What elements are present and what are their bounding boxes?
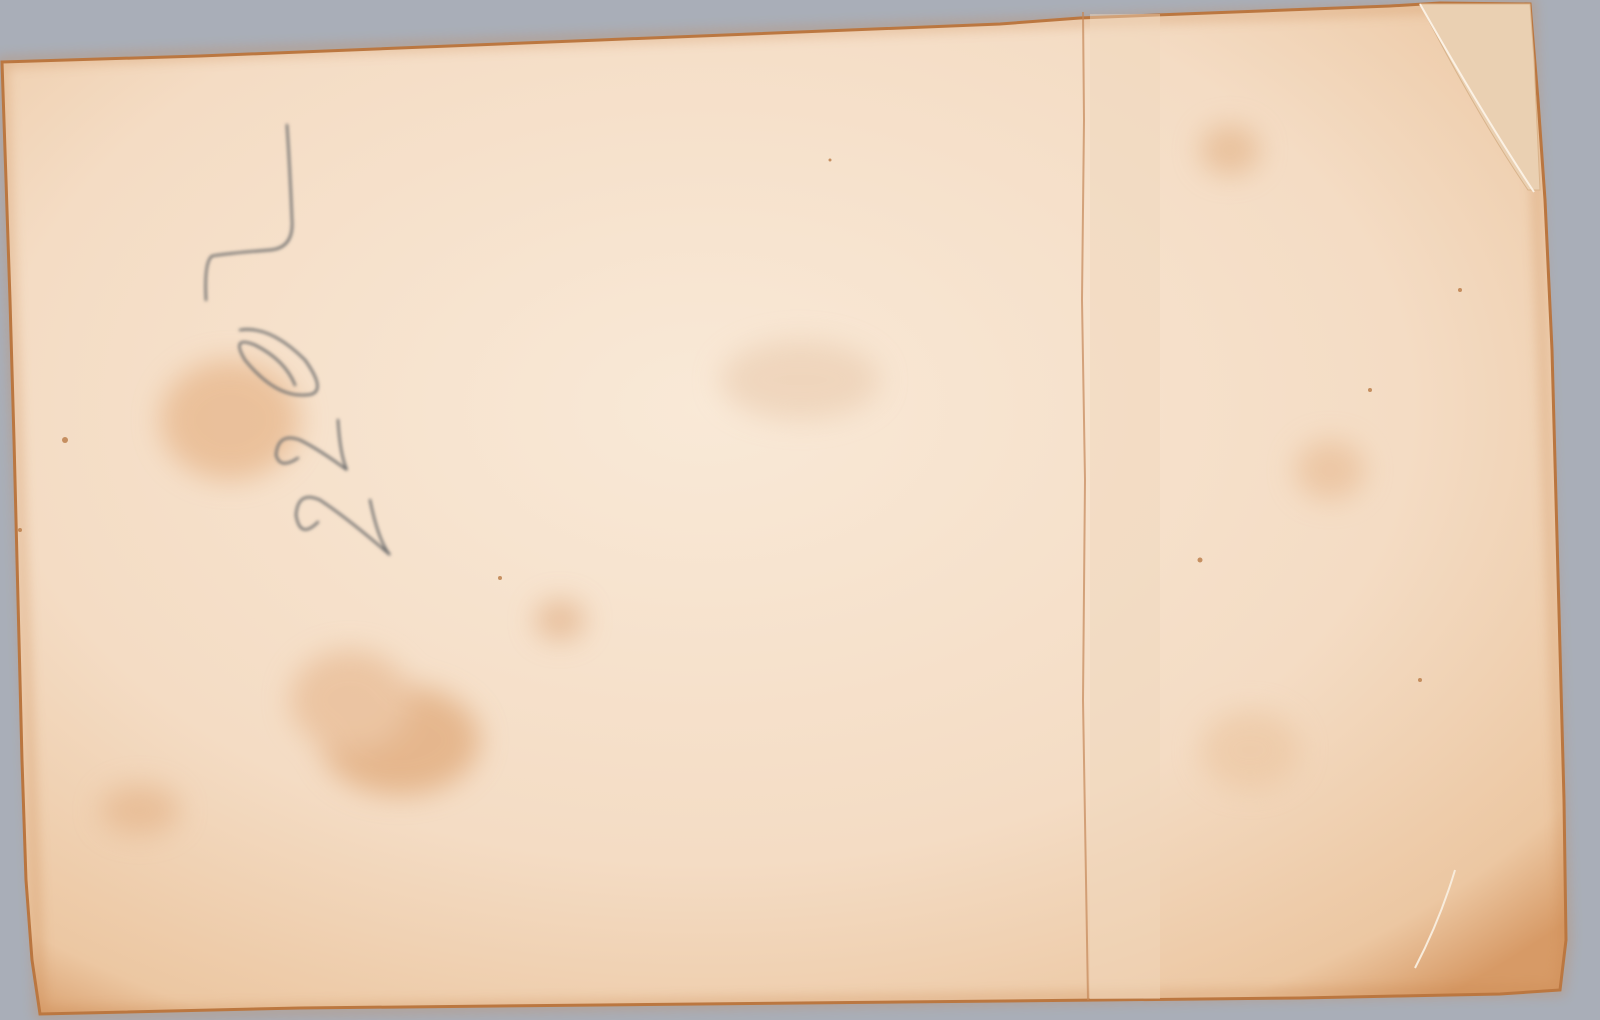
card-paper (2, 3, 1566, 1014)
vintage-card-back (0, 0, 1600, 1020)
photo-scene: 220 (0, 0, 1600, 1020)
